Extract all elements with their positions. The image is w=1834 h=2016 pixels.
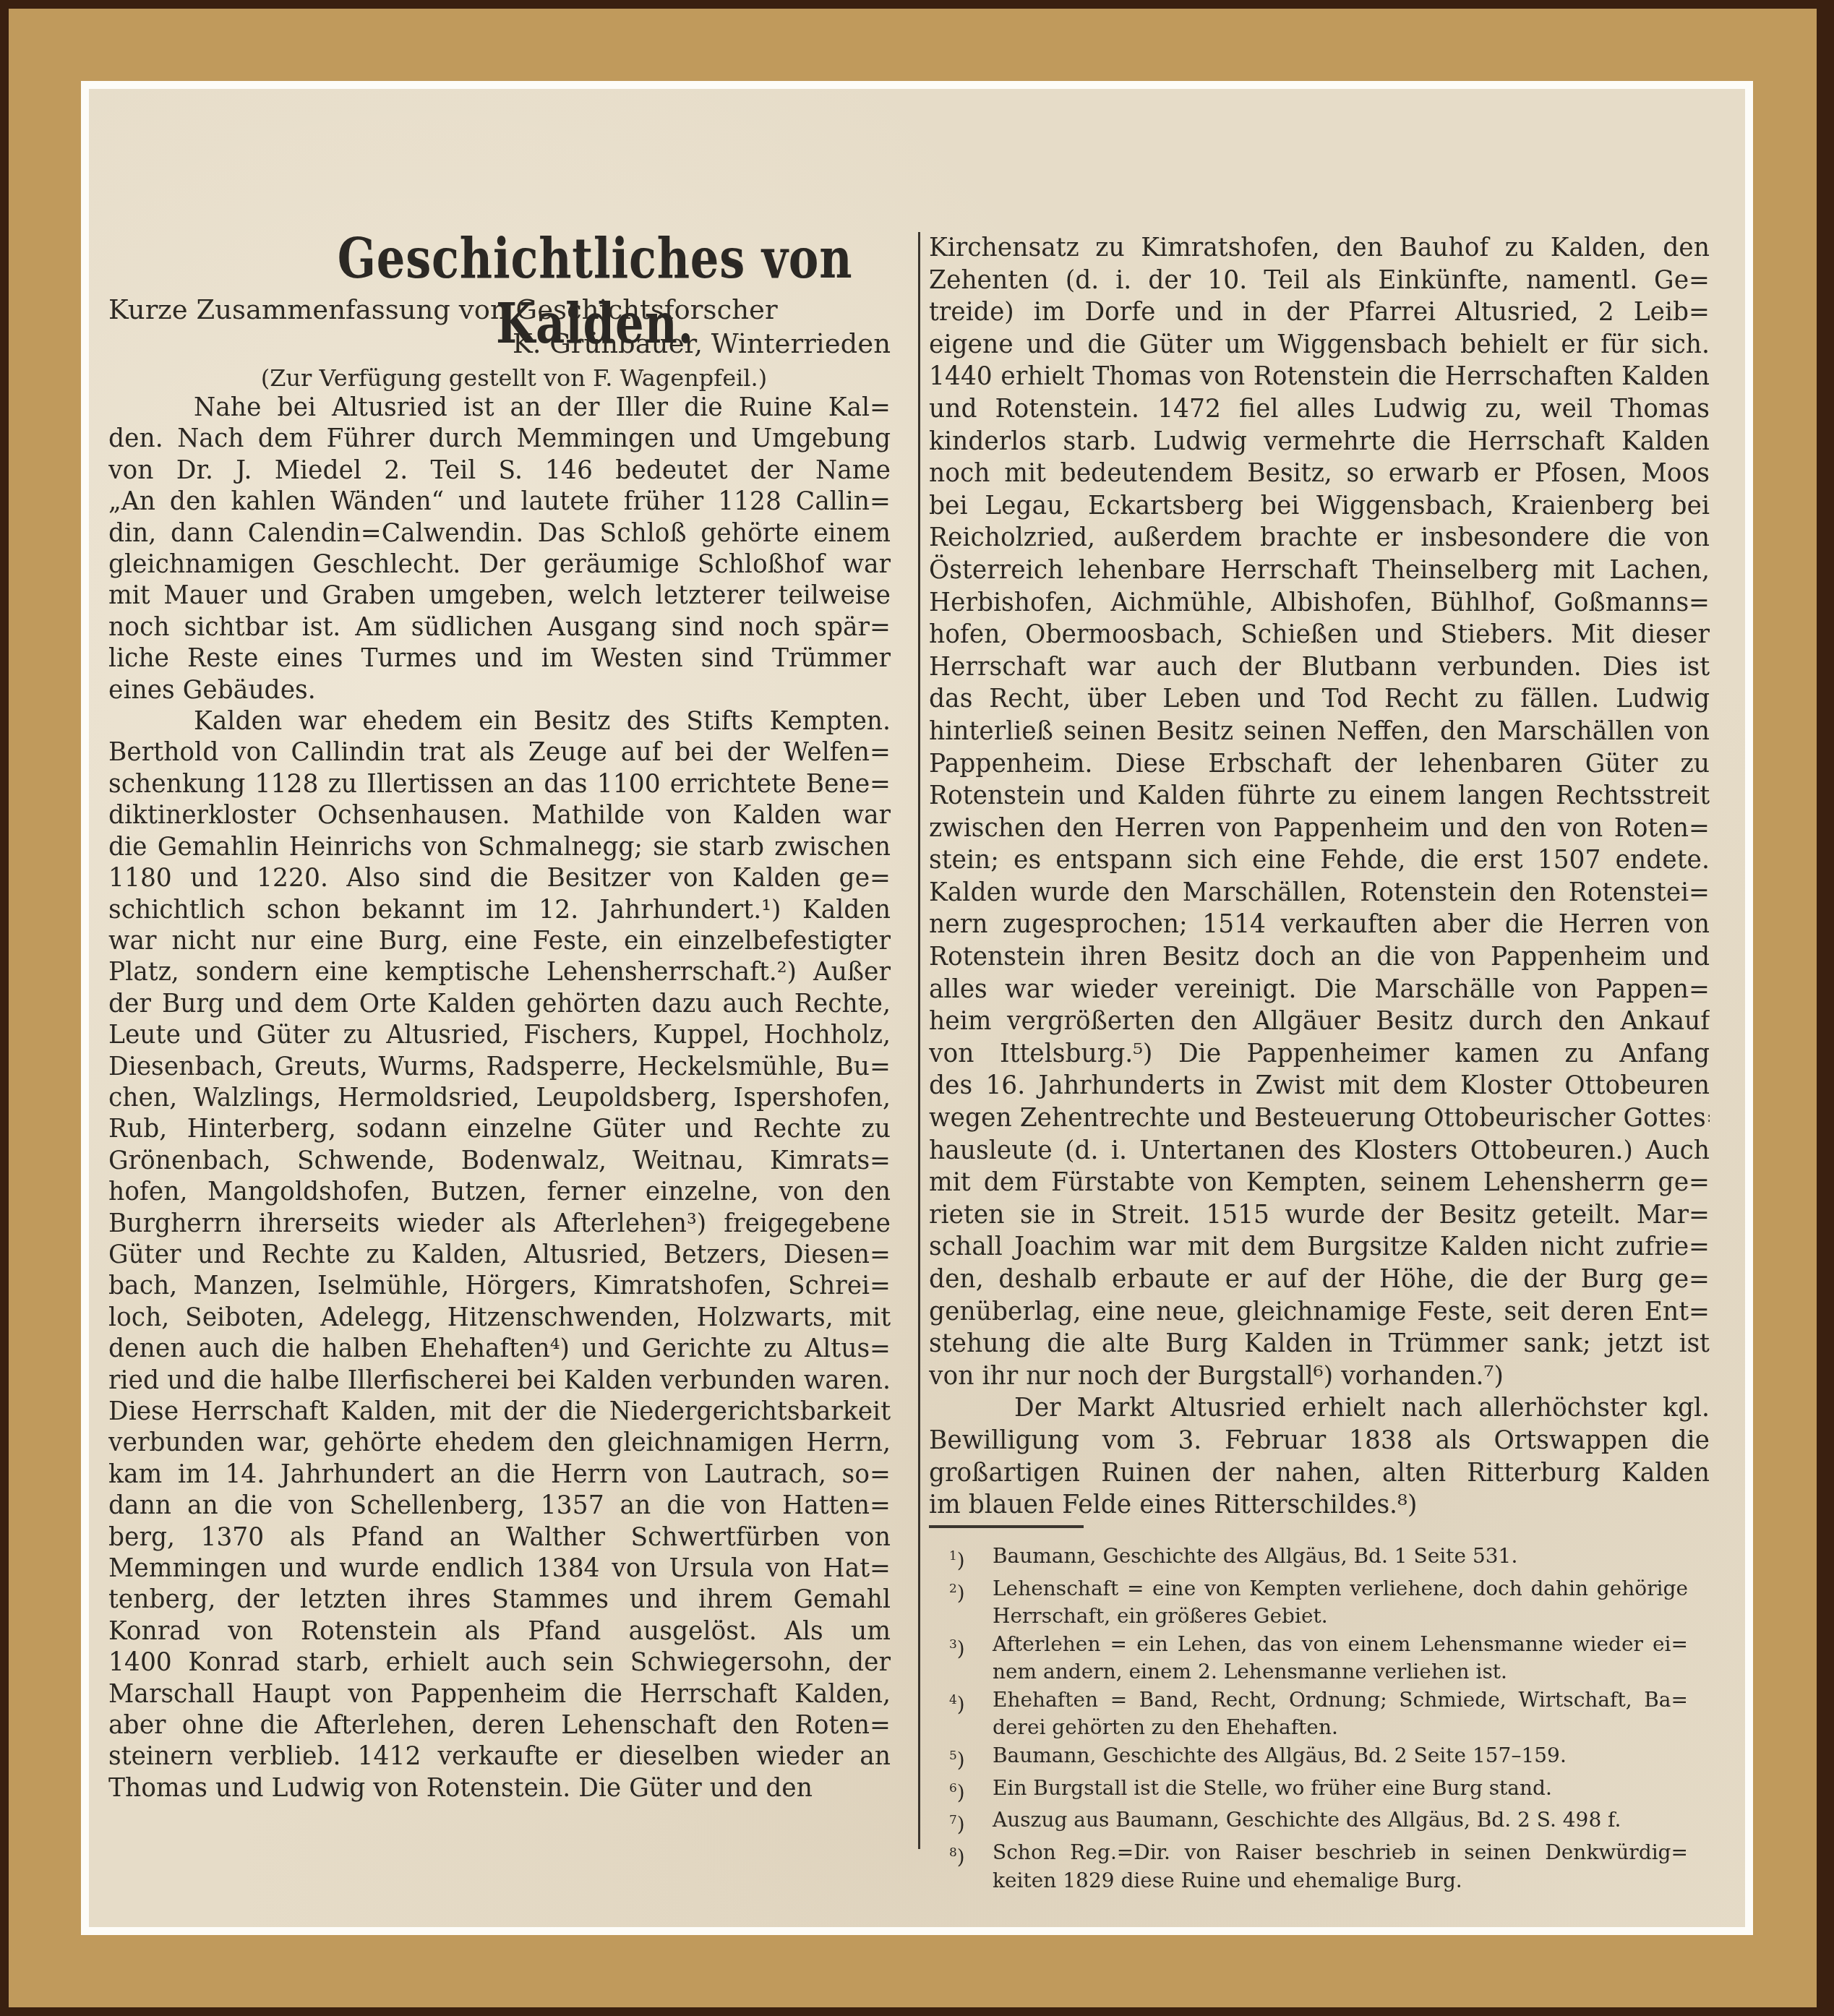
text-line: Kirchensatz zu Kimratshofen, den Bauhof … — [929, 232, 1710, 265]
text-line: Thomas und Ludwig von Rotenstein. Die Gü… — [108, 1773, 891, 1804]
footnote-item: 3)Afterlehen = ein Lehen, das von einem … — [929, 1631, 1688, 1686]
footnote-number: 4) — [929, 1686, 993, 1742]
text-line: diktinerkloster Ochsenhausen. Mathilde v… — [108, 800, 891, 831]
text-line: heim vergrößerten den Allgäuer Besitz du… — [929, 1005, 1710, 1038]
text-line: chen, Walzlings, Hermoldsried, Leupoldsb… — [108, 1083, 891, 1114]
text-line: Platz, sondern eine kemptische Lehensher… — [108, 957, 891, 988]
footnote-line: keiten 1829 diese Ruine und ehemalige Bu… — [993, 1867, 1688, 1895]
footnote-line: Herrschaft, ein größeres Gebiet. — [993, 1603, 1688, 1631]
footnote-text: Ein Burgstall ist die Stelle, wo früher … — [993, 1775, 1688, 1807]
footnote-number: 2) — [929, 1575, 993, 1631]
footnote-line: Lehenschaft = eine von Kempten verliehen… — [993, 1575, 1688, 1603]
text-line: hausleute (d. i. Untertanen des Klosters… — [929, 1135, 1710, 1167]
footnote-text: Lehenschaft = eine von Kempten verliehen… — [993, 1575, 1688, 1631]
text-line: din, dann Calendin=Calwendin. Das Schloß… — [108, 518, 891, 549]
text-line: Herbishofen, Aichmühle, Albishofen, Bühl… — [929, 587, 1710, 619]
footnotes: 1)Baumann, Geschichte des Allgäus, Bd. 1… — [929, 1543, 1688, 1895]
text-line: das Recht, über Leben und Tod Recht zu f… — [929, 683, 1710, 716]
byline-author: K. Grünbauer, Winterrieden — [108, 327, 891, 361]
text-line: stehung die alte Burg Kalden in Trümmer … — [929, 1328, 1710, 1360]
text-line: wegen Zehentrechte und Besteuerung Ottob… — [929, 1102, 1710, 1135]
text-line: Berthold von Callindin trat als Zeuge au… — [108, 737, 891, 768]
text-line: loch, Seiboten, Adelegg, Hitzenschwenden… — [108, 1303, 891, 1334]
text-line: ried und die halbe Illerfischerei bei Ka… — [108, 1365, 891, 1397]
text-line: war nicht nur eine Burg, eine Feste, ein… — [108, 926, 891, 957]
text-line: 1180 und 1220. Also sind die Besitzer vo… — [108, 863, 891, 894]
text-line: schichtlich schon bekannt im 12. Jahrhun… — [108, 895, 891, 926]
text-line: die Gemahlin Heinrichs von Schmalnegg; s… — [108, 832, 891, 863]
footnote-text: Afterlehen = ein Lehen, das von einem Le… — [993, 1631, 1688, 1686]
text-line: Memmingen und wurde endlich 1384 von Urs… — [108, 1553, 891, 1584]
text-line: Leute und Güter zu Altusried, Fischers, … — [108, 1020, 891, 1051]
footnote-number: 6) — [929, 1775, 993, 1807]
text-line: großartigen Ruinen der nahen, alten Ritt… — [929, 1457, 1710, 1490]
text-line: Güter und Rechte zu Kalden, Altusried, B… — [108, 1240, 891, 1271]
text-line: hofen, Obermoosbach, Schießen und Stiebe… — [929, 619, 1710, 651]
footnote-text: Ehehaften = Band, Recht, Ordnung; Schmie… — [993, 1686, 1688, 1742]
footnote-line: Schon Reg.=Dir. von Raiser beschrieb in … — [993, 1839, 1688, 1867]
footnote-number: 1) — [929, 1543, 993, 1575]
text-line: Reicholzried, außerdem brachte er insbes… — [929, 522, 1710, 554]
text-line: nern zugesprochen; 1514 verkauften aber … — [929, 909, 1710, 941]
newspaper-clipping: Geschichtliches von Kalden. Kurze Zusamm… — [89, 89, 1745, 1927]
footnote-item: 7)Auszug aus Baumann, Geschichte des All… — [929, 1806, 1688, 1839]
footnote-item: 1)Baumann, Geschichte des Allgäus, Bd. 1… — [929, 1543, 1688, 1575]
footnote-line: Auszug aus Baumann, Geschichte des Allgä… — [993, 1806, 1688, 1835]
text-line: zwischen den Herren von Pappenheim und d… — [929, 812, 1710, 845]
byline-credit: (Zur Verfügung gestellt von F. Wagenpfei… — [108, 361, 891, 395]
text-line: treide) im Dorfe und in der Pfarrei Altu… — [929, 296, 1710, 329]
text-line: rieten sie in Streit. 1515 wurde der Bes… — [929, 1199, 1710, 1232]
text-line: alles war wieder vereinigt. Die Marschäl… — [929, 974, 1710, 1006]
footnote-text: Schon Reg.=Dir. von Raiser beschrieb in … — [993, 1839, 1688, 1895]
text-line: noch sichtbar ist. Am südlichen Ausgang … — [108, 612, 891, 643]
footnote-line: Afterlehen = ein Lehen, das von einem Le… — [993, 1631, 1688, 1659]
text-line: Herrschaft war auch der Blutbann verbund… — [929, 651, 1710, 684]
text-line: schenkung 1128 zu Illertissen an das 110… — [108, 769, 891, 800]
text-line: mit dem Fürstabte von Kempten, seinem Le… — [929, 1167, 1710, 1199]
footnote-rule — [929, 1525, 1084, 1528]
column-divider — [918, 232, 920, 1849]
right-column: Kirchensatz zu Kimratshofen, den Bauhof … — [929, 232, 1710, 1522]
text-line: Grönenbach, Schwende, Bodenwalz, Weitnau… — [108, 1146, 891, 1177]
text-line: 1440 erhielt Thomas von Rotenstein die H… — [929, 361, 1710, 393]
text-line: Bewilligung vom 3. Februar 1838 als Orts… — [929, 1425, 1710, 1457]
footnote-item: 2)Lehenschaft = eine von Kempten verlieh… — [929, 1575, 1688, 1631]
text-line: liche Reste eines Turmes und im Westen s… — [108, 643, 891, 674]
text-line: aber ohne die Afterlehen, deren Lehensch… — [108, 1710, 891, 1741]
text-line: mit Mauer und Graben umgeben, welch letz… — [108, 580, 891, 612]
footnote-number: 3) — [929, 1631, 993, 1686]
text-line: und Rotenstein. 1472 fiel alles Ludwig z… — [929, 393, 1710, 426]
text-line: kinderlos starb. Ludwig vermehrte die He… — [929, 426, 1710, 458]
text-line: den, deshalb erbaute er auf der Höhe, di… — [929, 1264, 1710, 1296]
text-line: kam im 14. Jahrhundert an die Herrn von … — [108, 1459, 891, 1490]
text-line: noch mit bedeutendem Besitz, so erwarb e… — [929, 458, 1710, 490]
text-line: Der Markt Altusried erhielt nach allerhö… — [929, 1392, 1710, 1425]
footnote-number: 5) — [929, 1742, 993, 1775]
text-line: hinterließ seinen Besitz seinen Neffen, … — [929, 716, 1710, 748]
text-line: im blauen Felde eines Ritterschildes.⁸) — [929, 1489, 1710, 1522]
footnote-text: Baumann, Geschichte des Allgäus, Bd. 2 S… — [993, 1742, 1688, 1775]
text-line: gleichnamigen Geschlecht. Der geräumige … — [108, 549, 891, 580]
text-line: verbunden war, gehörte ehedem den gleich… — [108, 1428, 891, 1459]
text-line: 1400 Konrad starb, erhielt auch sein Sch… — [108, 1647, 891, 1678]
left-column: Nahe bei Altusried ist an der Iller die … — [108, 393, 891, 1804]
footnote-number: 8) — [929, 1839, 993, 1895]
footnote-item: 6)Ein Burgstall ist die Stelle, wo frühe… — [929, 1775, 1688, 1807]
text-line: Rub, Hinterberg, sodann einzelne Güter u… — [108, 1114, 891, 1145]
text-line: Pappenheim. Diese Erbschaft der lehenbar… — [929, 748, 1710, 781]
text-line: Kalden wurde den Marschällen, Rotenstein… — [929, 877, 1710, 909]
text-line: schall Joachim war mit dem Burgsitze Kal… — [929, 1231, 1710, 1264]
text-line: Marschall Haupt von Pappenheim die Herrs… — [108, 1679, 891, 1710]
footnote-line: Ehehaften = Band, Recht, Ordnung; Schmie… — [993, 1686, 1688, 1715]
text-line: steinern verblieb. 1412 verkaufte er die… — [108, 1741, 891, 1772]
text-line: genüberlag, eine neue, gleichnamige Fest… — [929, 1296, 1710, 1329]
footnote-line: Baumann, Geschichte des Allgäus, Bd. 1 S… — [993, 1543, 1688, 1571]
text-line: von Dr. J. Miedel 2. Teil S. 146 bedeute… — [108, 455, 891, 486]
text-line: der Burg und dem Orte Kalden gehörten da… — [108, 989, 891, 1020]
text-line: tenberg, der letzten ihres Stammes und i… — [108, 1584, 891, 1616]
text-line: eigene und die Güter um Wiggensbach behi… — [929, 329, 1710, 361]
footnote-text: Auszug aus Baumann, Geschichte des Allgä… — [993, 1806, 1688, 1839]
text-line: Rotenstein und Kalden führte zu einem la… — [929, 780, 1710, 812]
text-line: berg, 1370 als Pfand an Walther Schwertf… — [108, 1522, 891, 1553]
text-line: Diese Herrschaft Kalden, mit der die Nie… — [108, 1397, 891, 1428]
footnote-line: Ein Burgstall ist die Stelle, wo früher … — [993, 1775, 1688, 1803]
text-line: Rotenstein ihren Besitz doch an die von … — [929, 941, 1710, 974]
footnote-text: Baumann, Geschichte des Allgäus, Bd. 1 S… — [993, 1543, 1688, 1575]
footnote-item: 8)Schon Reg.=Dir. von Raiser beschrieb i… — [929, 1839, 1688, 1895]
text-line: Diesenbach, Greuts, Wurms, Radsperre, He… — [108, 1052, 891, 1083]
text-line: bei Legau, Eckartsberg bei Wiggensbach, … — [929, 490, 1710, 523]
footnote-line: Baumann, Geschichte des Allgäus, Bd. 2 S… — [993, 1742, 1688, 1770]
text-line: von ihr nur noch der Burgstall⁶) vorhand… — [929, 1360, 1710, 1393]
text-line: stein; es entspann sich eine Fehde, die … — [929, 844, 1710, 877]
text-line: Zehenten (d. i. der 10. Teil als Einkünf… — [929, 265, 1710, 297]
text-line: Österreich lehenbare Herrschaft Theinsel… — [929, 554, 1710, 587]
text-line: Burgherrn ihrerseits wieder als Afterleh… — [108, 1209, 891, 1240]
text-line: Kalden war ehedem ein Besitz des Stifts … — [108, 706, 891, 737]
footnote-line: nem andern, einem 2. Lehensmanne verlieh… — [993, 1658, 1688, 1686]
text-line: eines Gebäudes. — [108, 675, 891, 706]
footnote-line: derei gehörten zu den Ehehaften. — [993, 1714, 1688, 1742]
footnote-item: 4)Ehehaften = Band, Recht, Ordnung; Schm… — [929, 1686, 1688, 1742]
byline-summary: Kurze Zusammenfassung von Geschichtsfors… — [108, 293, 891, 327]
text-line: bach, Manzen, Iselmühle, Hörgers, Kimrat… — [108, 1271, 891, 1302]
text-line: von Ittelsburg.⁵) Die Pappenheimer kamen… — [929, 1038, 1710, 1071]
footnote-item: 5)Baumann, Geschichte des Allgäus, Bd. 2… — [929, 1742, 1688, 1775]
text-line: denen auch die halben Ehehaften⁴) und Ge… — [108, 1334, 891, 1365]
text-line: dann an die von Schellenberg, 1357 an di… — [108, 1490, 891, 1522]
footnote-number: 7) — [929, 1806, 993, 1839]
text-line: Nahe bei Altusried ist an der Iller die … — [108, 393, 891, 424]
text-line: hofen, Mangoldshofen, Butzen, ferner ein… — [108, 1177, 891, 1208]
text-line: Konrad von Rotenstein als Pfand ausgelös… — [108, 1616, 891, 1647]
text-line: „An den kahlen Wänden“ und lautete frühe… — [108, 486, 891, 518]
text-line: des 16. Jahrhunderts in Zwist mit dem Kl… — [929, 1070, 1710, 1102]
text-line: den. Nach dem Führer durch Memmingen und… — [108, 424, 891, 455]
